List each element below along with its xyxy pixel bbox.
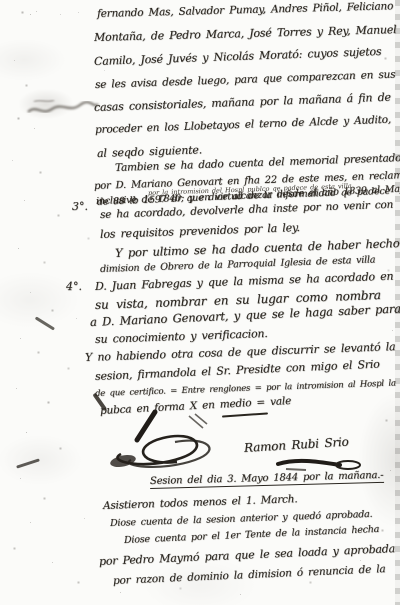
manuscript-page: fernando Mas, Salvador Pumay, Andres Piñ…	[0, 0, 400, 605]
manuscript-line: su conocimiento y verificacion.	[95, 327, 268, 346]
signature-name: Ramon Rubi Srio	[244, 435, 349, 455]
manuscript-line: de que certifico. = Entre renglones = po…	[95, 378, 396, 398]
rubric-flourish-drawing	[103, 410, 238, 470]
manuscript-line: fernando Mas, Salvador Pumay, Andres Piñ…	[97, 0, 393, 20]
manuscript-line: al seqdo siguiente.	[97, 143, 202, 160]
manuscript-line: Camilo, José Juvés y Nicolás Morató: cuy…	[94, 45, 382, 68]
manuscript-line: casas consistoriales, mañana por la maña…	[94, 91, 391, 114]
session-line: por razon de dominio la dimision ó renun…	[113, 563, 386, 587]
manuscript-line: proceder en los Llobetayos el terno de A…	[95, 114, 391, 136]
ink-smudge	[26, 96, 100, 122]
manuscript-line: Montaña, de Pedro Marca, José Torres y R…	[94, 23, 397, 44]
session-line: Asistieron todos menos el 1. March.	[103, 493, 298, 512]
manuscript-line: los requisitos prevenidos por la ley.	[100, 221, 300, 241]
margin-mark: 3°.	[72, 200, 88, 213]
manuscript-line: se les avisa desde luego, para que compa…	[95, 69, 396, 91]
signature-flourish	[276, 456, 364, 472]
paper-noise	[0, 0, 1, 1]
margin-mark: 4°.	[66, 280, 82, 293]
margin-dash	[35, 316, 55, 330]
margin-dash	[16, 458, 40, 468]
session-heading: Sesion del dia 3. Mayo 1844 por la mañan…	[150, 470, 384, 489]
